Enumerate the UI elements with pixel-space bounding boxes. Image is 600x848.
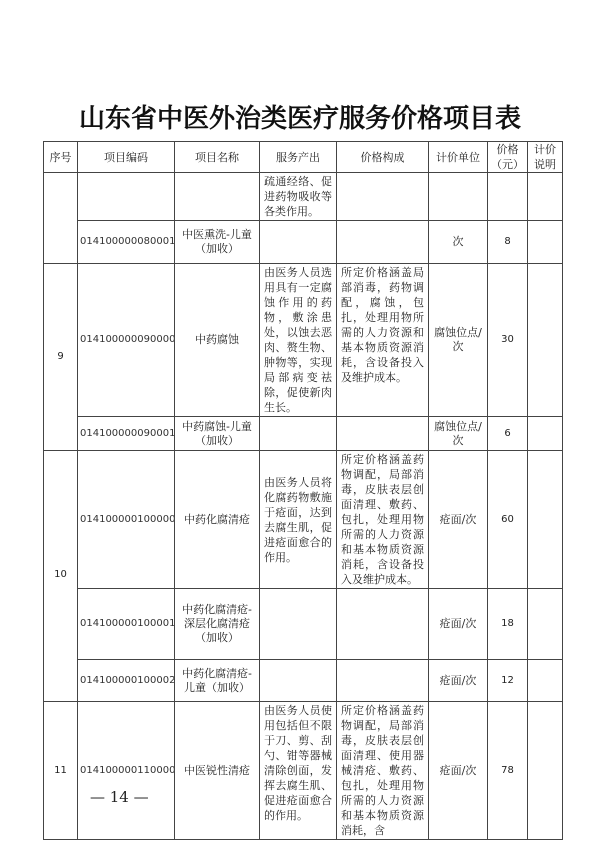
- cell-name: 中药化腐清疮-儿童（加收）: [175, 660, 260, 702]
- page-number: — 14 —: [90, 788, 149, 806]
- cell-code: [78, 173, 175, 221]
- cell-pricing-note: [528, 173, 563, 221]
- cell-pricing-unit: 疮面/次: [429, 660, 488, 702]
- cell-pricing-unit: 腐蚀位点/次: [429, 417, 488, 451]
- cell-price-composition: [337, 589, 429, 660]
- header-seq: 序号: [44, 142, 78, 173]
- cell-service-output: 疏通经络、促进药物吸收等各类作用。: [260, 173, 337, 221]
- cell-pricing-note: [528, 451, 563, 589]
- table-row: 014100000080001 中医熏洗-儿童（加收） 次 8: [44, 221, 563, 264]
- cell-price: 30: [488, 264, 528, 417]
- cell-code: 014100000100002: [78, 660, 175, 702]
- cell-price: 18: [488, 589, 528, 660]
- cell-name: 中药化腐清疮: [175, 451, 260, 589]
- cell-seq: 11: [44, 702, 78, 840]
- cell-pricing-unit: 疮面/次: [429, 451, 488, 589]
- cell-name: 中药腐蚀-儿童（加收）: [175, 417, 260, 451]
- cell-price-composition: [337, 660, 429, 702]
- cell-pricing-unit: 疮面/次: [429, 589, 488, 660]
- cell-service-output: [260, 221, 337, 264]
- cell-code: 014100000110000: [78, 702, 175, 840]
- cell-name: 中药化腐清疮-深层化腐清疮（加收）: [175, 589, 260, 660]
- cell-seq: [44, 173, 78, 264]
- cell-pricing-note: [528, 264, 563, 417]
- table-row: 014100000100001 中药化腐清疮-深层化腐清疮（加收） 疮面/次 1…: [44, 589, 563, 660]
- cell-name: 中药腐蚀: [175, 264, 260, 417]
- cell-name: [175, 173, 260, 221]
- cell-pricing-unit: 次: [429, 221, 488, 264]
- cell-service-output: 由医务人员选用具有一定腐蚀作用的药物，敷涂患处，以蚀去恶肉、赘生物、肿物等，实现…: [260, 264, 337, 417]
- cell-pricing-note: [528, 221, 563, 264]
- header-pricing-unit: 计价单位: [429, 142, 488, 173]
- cell-code: 014100000100000: [78, 451, 175, 589]
- cell-code: 014100000090000: [78, 264, 175, 417]
- cell-price-composition: 所定价格涵盖局部消毒，药物调配，腐蚀，包扎，处理用物所需的人力资源和基本物质资源…: [337, 264, 429, 417]
- table-row: 014100000100002 中药化腐清疮-儿童（加收） 疮面/次 12: [44, 660, 563, 702]
- cell-pricing-note: [528, 660, 563, 702]
- cell-pricing-unit: 疮面/次: [429, 702, 488, 840]
- cell-pricing-note: [528, 417, 563, 451]
- cell-pricing-note: [528, 589, 563, 660]
- cell-price: 60: [488, 451, 528, 589]
- cell-code: 014100000090001: [78, 417, 175, 451]
- cell-service-output: [260, 660, 337, 702]
- cell-name: 中医熏洗-儿童（加收）: [175, 221, 260, 264]
- cell-price-composition: [337, 173, 429, 221]
- header-pricing-note: 计价说明: [528, 142, 563, 173]
- cell-service-output: [260, 417, 337, 451]
- price-table: 序号 项目编码 项目名称 服务产出 价格构成 计价单位 价格（元） 计价说明 疏…: [43, 141, 563, 840]
- table-header-row: 序号 项目编码 项目名称 服务产出 价格构成 计价单位 价格（元） 计价说明: [44, 142, 563, 173]
- header-name: 项目名称: [175, 142, 260, 173]
- header-service-output: 服务产出: [260, 142, 337, 173]
- table-row: 014100000090001 中药腐蚀-儿童（加收） 腐蚀位点/次 6: [44, 417, 563, 451]
- cell-seq: 9: [44, 264, 78, 451]
- header-price-composition: 价格构成: [337, 142, 429, 173]
- cell-pricing-unit: [429, 173, 488, 221]
- cell-name: 中医锐性清疮: [175, 702, 260, 840]
- cell-price-composition: [337, 221, 429, 264]
- cell-code: 014100000100001: [78, 589, 175, 660]
- cell-code: 014100000080001: [78, 221, 175, 264]
- table-row: 疏通经络、促进药物吸收等各类作用。: [44, 173, 563, 221]
- cell-price: 78: [488, 702, 528, 840]
- cell-price: 12: [488, 660, 528, 702]
- table-row: 9 014100000090000 中药腐蚀 由医务人员选用具有一定腐蚀作用的药…: [44, 264, 563, 417]
- cell-price-composition: 所定价格涵盖药物调配，局部消毒，皮肤表层创面清理、使用器械清疮、敷药、包扎，处理…: [337, 702, 429, 840]
- header-code: 项目编码: [78, 142, 175, 173]
- document-title: 山东省中医外治类医疗服务价格项目表: [0, 98, 600, 135]
- cell-price-composition: 所定价格涵盖药物调配，局部消毒，皮肤表层创面清理、敷药、包扎，处理用物所需的人力…: [337, 451, 429, 589]
- cell-service-output: [260, 589, 337, 660]
- cell-price: [488, 173, 528, 221]
- header-price: 价格（元）: [488, 142, 528, 173]
- cell-service-output: 由医务人员将化腐药物敷施于疮面，达到去腐生肌，促进疮面愈合的作用。: [260, 451, 337, 589]
- table-row: 11 014100000110000 中医锐性清疮 由医务人员使用包括但不限于刀…: [44, 702, 563, 840]
- seq-value: 10: [54, 569, 67, 580]
- cell-price-composition: [337, 417, 429, 451]
- cell-pricing-unit: 腐蚀位点/次: [429, 264, 488, 417]
- cell-service-output: 由医务人员使用包括但不限于刀、剪、刮勺、钳等器械清除创面，发挥去腐生肌、促进疮面…: [260, 702, 337, 840]
- table-row: 10 014100000100000 中药化腐清疮 由医务人员将化腐药物敷施于疮…: [44, 451, 563, 589]
- cell-price: 8: [488, 221, 528, 264]
- cell-seq: 10: [44, 451, 78, 702]
- cell-pricing-note: [528, 702, 563, 840]
- cell-price: 6: [488, 417, 528, 451]
